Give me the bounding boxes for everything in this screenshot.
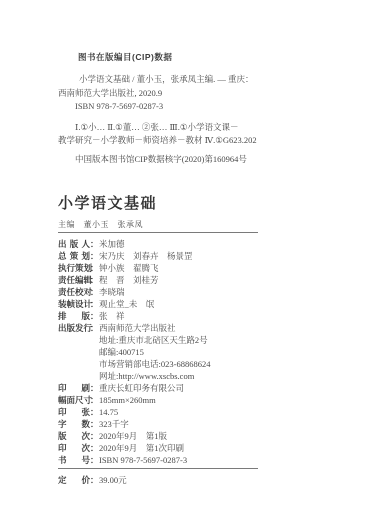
row-colon: ： [90,442,99,454]
row-label: 总策划 [58,250,90,262]
cip-classification-line: 教学研究－小学教师－师资培养－教材 Ⅳ.①G623.202 [58,134,338,148]
row-label: 字数 [58,418,90,430]
price-label: 定价 [58,474,90,486]
price-value: 39.00元 [99,474,127,486]
row-value: 地址:重庆市北碚区天生路2号 [99,334,208,346]
colophon-row: 版次：2020年9月 第1版 [58,430,358,442]
row-colon: ： [90,250,99,262]
row-colon: ： [90,418,99,430]
colophon-row: 责任编辑：程 晋 刘桂芳 [58,274,358,286]
colophon-row: 出版人：米加德 [58,238,358,250]
row-colon: ： [90,322,99,334]
row-value: 程 晋 刘桂芳 [99,274,159,286]
row-value: 2020年9月 第1次印刷 [99,442,184,454]
colophon-row: 书号：ISBN 978-7-5697-0287-3 [58,454,358,466]
row-value: 西南师范大学出版社 [99,322,176,334]
cip-header: 图书在版编目(CIP)数据 [78,52,338,62]
cip-description-line: ISBN 978-7-5697-0287-3 [58,100,338,114]
row-colon: ： [90,274,99,286]
row-value: 网址:http://www.xscbs.com [99,370,194,382]
cip-block: 图书在版编目(CIP)数据 小学语文基础 / 董小玉，张承凤主编. — 重庆： … [58,52,338,166]
colophon-row: 责任校对：李晓瑞 [58,286,358,298]
row-value: 观止堂_未 氓 [99,298,154,310]
row-colon: ： [90,298,99,310]
row-colon: ： [90,406,99,418]
row-label: 装帧设计 [58,298,90,310]
row-label: 印次 [58,442,90,454]
row-value: 2020年9月 第1版 [99,430,167,442]
row-colon: ： [90,238,99,250]
colophon-row: 印刷：重庆长虹印务有限公司 [58,382,358,394]
colophon-row: 总策划：宋乃庆 刘春卉 杨景罡 [58,250,358,262]
row-label: 责任编辑 [58,274,90,286]
row-value: 323千字 [99,418,129,430]
book-title: 小学语文基础 [58,195,157,212]
colophon-row: 邮编:400715 [58,346,358,358]
colophon-row: 市场营销部电话:023-68868624 [58,358,358,370]
cip-description-line: 西南师范大学出版社, 2020.9 [58,87,338,101]
row-label: 版次 [58,430,90,442]
colophon-row: 出版发行：西南师范大学出版社 [58,322,358,334]
price-row: 定价：39.00元 [58,474,127,486]
row-colon: ： [90,394,99,406]
colophon-row: 幅面尺寸：185mm×260mm [58,394,358,406]
divider [58,468,258,469]
colophon: 出版人：米加德 总策划：宋乃庆 刘春卉 杨景罡 执行策划：钟小族 翟腾飞 责任编… [58,238,358,466]
copyright-page: 图书在版编目(CIP)数据 小学语文基础 / 董小玉，张承凤主编. — 重庆： … [0,0,375,527]
row-colon: ： [90,310,99,322]
colophon-row: 地址:重庆市北碚区天生路2号 [58,334,358,346]
colophon-row: 印次：2020年9月 第1次印刷 [58,442,358,454]
row-value: ISBN 978-7-5697-0287-3 [99,454,187,466]
cip-registration-number: 中国版本图书馆CIP数据核字(2020)第160964号 [58,153,338,167]
row-label: 印张 [58,406,90,418]
colophon-row: 网址:http://www.xscbs.com [58,370,358,382]
row-value: 张 祥 [99,310,125,322]
row-colon: ： [90,382,99,394]
colophon-row: 字数：323千字 [58,418,358,430]
row-label: 执行策划 [58,262,90,274]
colophon-row: 执行策划：钟小族 翟腾飞 [58,262,358,274]
row-value: 重庆长虹印务有限公司 [99,382,184,394]
row-value: 市场营销部电话:023-68868624 [99,358,210,370]
cip-description: 小学语文基础 / 董小玉，张承凤主编. — 重庆： 西南师范大学出版社, 202… [58,73,338,114]
row-colon: ： [90,430,99,442]
colophon-row: 排版：张 祥 [58,310,358,322]
cip-description-line: 小学语文基础 / 董小玉，张承凤主编. — 重庆： [58,73,338,87]
row-label: 排版 [58,310,90,322]
row-label: 幅面尺寸 [58,394,90,406]
row-label: 出版人 [58,238,90,250]
colophon-row: 装帧设计：观止堂_未 氓 [58,298,358,310]
cip-classification-line: Ⅰ.①小… Ⅱ.①董… ②张… Ⅲ.①小学语文课－ [58,121,338,135]
cip-classification: Ⅰ.①小… Ⅱ.①董… ②张… Ⅲ.①小学语文课－ 教学研究－小学教师－师资培养… [58,121,338,148]
divider [58,232,258,233]
row-value: 邮编:400715 [99,346,144,358]
title-block: 小学语文基础 主编 董小玉 张承凤 [58,195,157,230]
row-colon: ： [90,262,99,274]
colophon-row: 印张：14.75 [58,406,358,418]
row-value: 185mm×260mm [99,394,156,406]
row-label: 责任校对 [58,286,90,298]
row-label: 书号 [58,454,90,466]
row-value: 钟小族 翟腾飞 [99,262,159,274]
row-label: 出版发行 [58,322,90,334]
row-value: 李晓瑞 [99,286,125,298]
byline: 主编 董小玉 张承凤 [58,219,157,230]
row-value: 14.75 [99,406,118,418]
row-label: 印刷 [58,382,90,394]
row-colon: ： [90,454,99,466]
row-value: 宋乃庆 刘春卉 杨景罡 [99,250,193,262]
row-value: 米加德 [99,238,125,250]
row-colon: ： [90,286,99,298]
price-colon: ： [90,474,99,486]
